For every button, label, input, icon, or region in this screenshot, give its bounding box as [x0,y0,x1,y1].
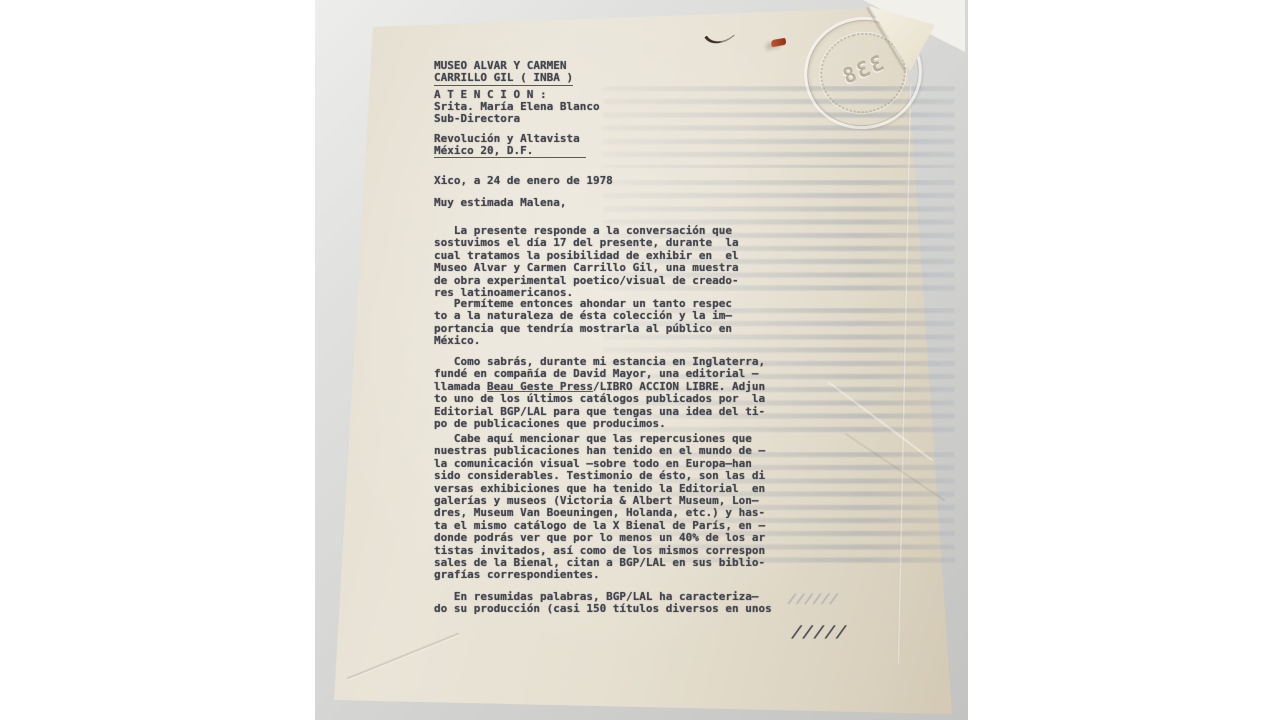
typed-line: México. [434,335,732,347]
recipient-title: Sub-Directora [434,113,520,125]
typed-text: MUSEO ALVAR Y CARMEN CARRILLO GIL ( INBA… [434,0,790,720]
paragraph-5: En resumidas palabras, BGP/LAL ha caract… [434,591,772,616]
typed-line: sostuvimos el día 17 del presente, duran… [434,237,739,249]
typed-line: Museo Alvar y Carmen Carrillo Gil, una m… [434,262,739,274]
recipient-line-underlined: CARRILLO GIL ( INBA ) [434,72,573,86]
typed-line: to uno de los últimos catálogos publicad… [434,393,765,405]
typed-line: to a la naturaleza de ésta colección y l… [434,310,732,322]
paragraph-3: Como sabrás, durante mi estancia en Ingl… [434,356,765,430]
paragraph-2: Permíteme entonces ahondar un tanto resp… [434,298,732,348]
typed-line: po de publicaciones que producimos. [434,418,765,430]
pencil-slash-marks: ////// [786,592,840,607]
date-line: Xico, a 24 de enero de 1978 [434,175,613,187]
typed-line: donde podrás ver que por lo menos un 40%… [434,532,765,544]
ink-slash-marks: ///// [790,622,850,641]
typed-line: nuestras publicaciones han tenido en el … [434,445,765,457]
typed-line: sido considerables. Testimonio de ésto, … [434,470,765,482]
typed-line: do su producción (casi 150 títulos diver… [434,603,772,615]
photo-of-letter: MUSEO ALVAR Y CARMEN CARRILLO GIL ( INBA… [0,0,1280,720]
photo-backdrop: MUSEO ALVAR Y CARMEN CARRILLO GIL ( INBA… [315,0,968,720]
paragraph-4: Cabe aquí mencionar que las repercusione… [434,433,765,582]
address-line: México 20, D.F. [434,145,533,157]
typed-line: grafías correspondientes. [434,569,765,581]
typed-line: dres, Museum Van Boeuningen, Holanda, et… [434,507,765,519]
underline-rule-beau-geste [487,391,593,392]
paragraph-1: La presente responde a la conversación q… [434,225,739,299]
salutation-line: Muy estimada Malena, [434,197,566,209]
underline-rule [434,157,586,158]
typed-line: fundé en compañía de David Mayor, una ed… [434,368,765,380]
